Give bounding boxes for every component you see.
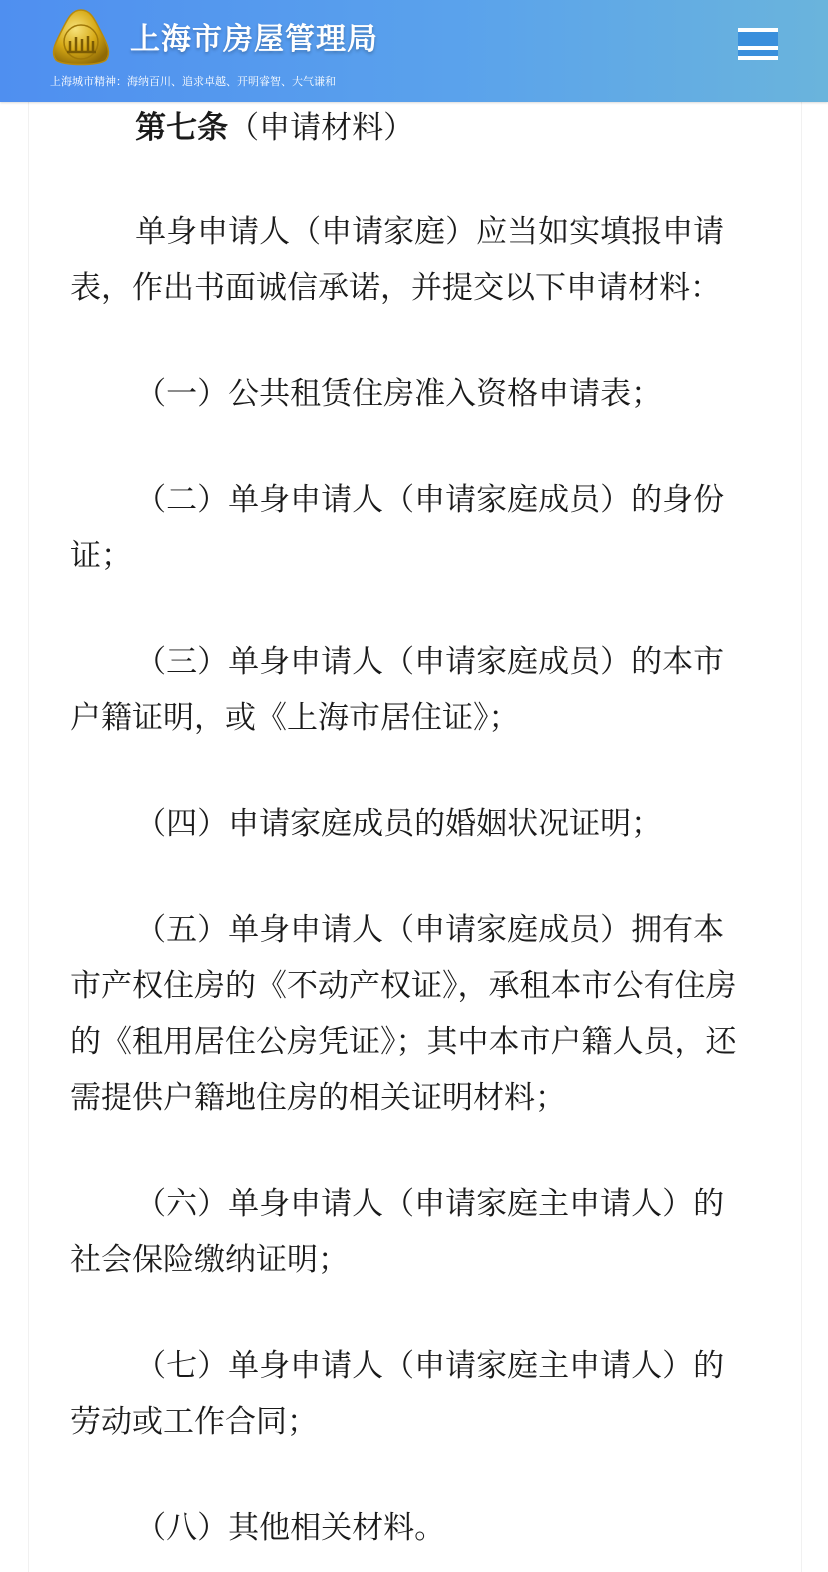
list-item-4: （四）申请家庭成员的婚姻状况证明； (70, 796, 750, 852)
article-body: 第七条（申请材料） 单身申请人（申请家庭）应当如实填报申请表，作出书面诚信承诺，… (70, 102, 750, 1556)
spacer (70, 1126, 750, 1176)
spacer (70, 1450, 750, 1500)
site-title[interactable]: 上海市房屋管理局 (130, 14, 378, 58)
menu-button[interactable] (738, 28, 778, 60)
spacer (70, 852, 750, 902)
list-item-3: （三）单身申请人（申请家庭成员）的本市户籍证明，或《上海市居住证》； (70, 634, 750, 746)
article-title: （申请材料） (228, 110, 414, 146)
spacer (70, 746, 750, 796)
list-item-5: （五）单身申请人（申请家庭成员）拥有本市产权住房的《不动产权证》，承租本市公有住… (70, 902, 750, 1126)
spacer (70, 316, 750, 366)
article-heading: 第七条（申请材料） (70, 102, 750, 154)
site-header: 上海市房屋管理局 上海城市精神：海纳百川、追求卓越、开明睿智、大气谦和 (0, 0, 828, 102)
article-intro: 单身申请人（申请家庭）应当如实填报申请表，作出书面诚信承诺，并提交以下申请材料： (70, 204, 750, 316)
list-item-1: （一）公共租赁住房准入资格申请表； (70, 366, 750, 422)
site-slogan: 上海城市精神：海纳百川、追求卓越、开明睿智、大气谦和 (50, 73, 336, 89)
spacer (70, 584, 750, 634)
list-item-7: （七）单身申请人（申请家庭主申请人）的劳动或工作合同； (70, 1338, 750, 1450)
list-item-8: （八）其他相关材料。 (70, 1500, 750, 1556)
spacer (70, 1288, 750, 1338)
list-item-2: （二）单身申请人（申请家庭成员）的身份证； (70, 472, 750, 584)
spacer (70, 422, 750, 472)
spacer (70, 154, 750, 204)
bureau-emblem-icon[interactable] (50, 8, 112, 66)
hamburger-menu-icon-bar (738, 46, 778, 50)
article-number: 第七条 (135, 110, 228, 146)
hamburger-menu-icon-bar (738, 56, 778, 60)
hamburger-menu-icon-bar (738, 28, 778, 32)
list-item-6: （六）单身申请人（申请家庭主申请人）的社会保险缴纳证明； (70, 1176, 750, 1288)
